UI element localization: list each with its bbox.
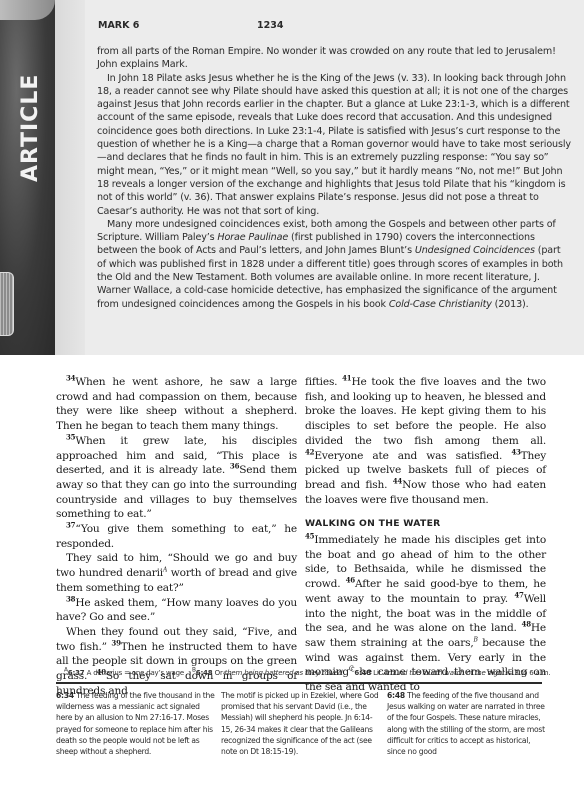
text-run: from all parts of the Roman Empire. No w… (97, 46, 556, 70)
footnote-text: A denarius = one day’s wage (87, 669, 184, 677)
study-note-text: The motif is picked up in Ezekiel, where… (221, 691, 378, 756)
study-note-text: The feeding of the five thousand and Jes… (387, 691, 545, 756)
text-run: In John 18 Pilate asks Jesus whether he … (97, 73, 571, 217)
study-note-ref: 6:34 (56, 691, 74, 700)
scripture-right-top: fifties. 41He took the five loaves and t… (305, 375, 546, 507)
verse-paragraph: 38He asked them, “How many loaves do you… (56, 596, 297, 625)
footnote-suffix: = 3 to 6 a.m. (505, 669, 551, 677)
text-run: He asked them, “How many loaves do you h… (56, 597, 297, 624)
text-run: (2013). (492, 299, 529, 310)
study-note-ref: 6:48 (387, 691, 405, 700)
footnote-ref: 6:48 (354, 669, 373, 677)
article-body: from all parts of the Roman Empire. No w… (97, 45, 572, 311)
text-run: When he went ashore, he saw a large crow… (56, 376, 297, 432)
verse-number: 44 (393, 476, 402, 485)
article-label: ARTICLE (16, 52, 46, 182)
article-sidebar-box: ARTICLE MARK 6 1234 from all parts of th… (0, 0, 584, 355)
footnote-ref: 6:48 (196, 669, 215, 677)
text-run: fifties. (305, 376, 342, 388)
verse-paragraph: 37“You give them something to eat,” he r… (56, 522, 297, 551)
footnote-prefix: Or (215, 669, 225, 677)
verse-number: 37 (66, 521, 75, 530)
verse-number: 46 (346, 576, 355, 585)
page-number: 1234 (257, 20, 283, 31)
verse-number: 36 (230, 462, 239, 471)
verse-number: 42 (305, 447, 314, 456)
book-title: Undesigned Coincidences (415, 245, 535, 256)
section-heading: WALKING ON THE WATER (305, 517, 546, 532)
study-note-2: The motif is picked up in Ezekiel, where… (221, 690, 381, 757)
verse-number: 35 (66, 432, 75, 441)
translation-footnotes: A6:37 A denarius = one day’s wageB6:48 O… (64, 668, 564, 677)
footnote-prefix: Lit (373, 669, 383, 677)
verse-paragraph: 35When it grew late, his disciples appro… (56, 434, 297, 522)
article-photo: ARTICLE (0, 0, 55, 355)
verse-number: 43 (511, 447, 520, 456)
footnote: B6:48 Or them being battered as they row… (192, 669, 342, 677)
verse-number: 48 (522, 620, 531, 629)
verse-paragraph: They said to him, “Should we go and buy … (56, 551, 297, 595)
scripture-column-right: fifties. 41He took the five loaves and t… (305, 375, 546, 695)
verse-paragraph: 34When he went ashore, he saw a large cr… (56, 375, 297, 434)
book-title: Horae Paulinae (217, 232, 288, 243)
text-run: Everyone ate and was satisfied. (314, 450, 511, 462)
photo-detail (0, 272, 14, 336)
book-chapter: MARK 6 (98, 20, 139, 31)
scripture-column-left: 34When he went ashore, he saw a large cr… (56, 375, 297, 698)
running-head: MARK 6 1234 (98, 20, 498, 36)
study-note-text: The feeding of the five thousand in the … (56, 691, 215, 756)
footnote-ref: 6:37 (68, 669, 87, 677)
book-title: Cold-Case Christianity (389, 299, 492, 310)
divider-rule (56, 682, 542, 684)
footnote-text: them being battered as they rowed (225, 669, 343, 677)
verse-number: 45 (305, 532, 314, 541)
article-paragraph: Many more undesigned coincidences exist,… (97, 218, 572, 311)
verse-number: 39 (111, 638, 120, 647)
footnote: A6:37 A denarius = one day’s wage (64, 669, 184, 677)
verse-number: 34 (66, 373, 75, 382)
footnote-text: Around the fourth watch of the night (383, 669, 504, 677)
study-note-3: 6:48 The feeding of the five thousand an… (387, 690, 547, 757)
article-paragraph: from all parts of the Roman Empire. No w… (97, 45, 572, 72)
photo-fade (55, 0, 85, 355)
verse-paragraph: When they found out they said, “Five, an… (56, 625, 297, 699)
article-paragraph: In John 18 Pilate asks Jesus whether he … (97, 72, 572, 218)
verse-number: 38 (66, 594, 75, 603)
verse-paragraph: fifties. 41He took the five loaves and t… (305, 375, 546, 507)
verse-number: 47 (514, 590, 523, 599)
text-run: “You give them something to eat,” he res… (56, 523, 297, 550)
study-note-1: 6:34 The feeding of the five thousand in… (56, 690, 216, 757)
footnote: C6:48 Lit Around the fourth watch of the… (350, 669, 550, 677)
